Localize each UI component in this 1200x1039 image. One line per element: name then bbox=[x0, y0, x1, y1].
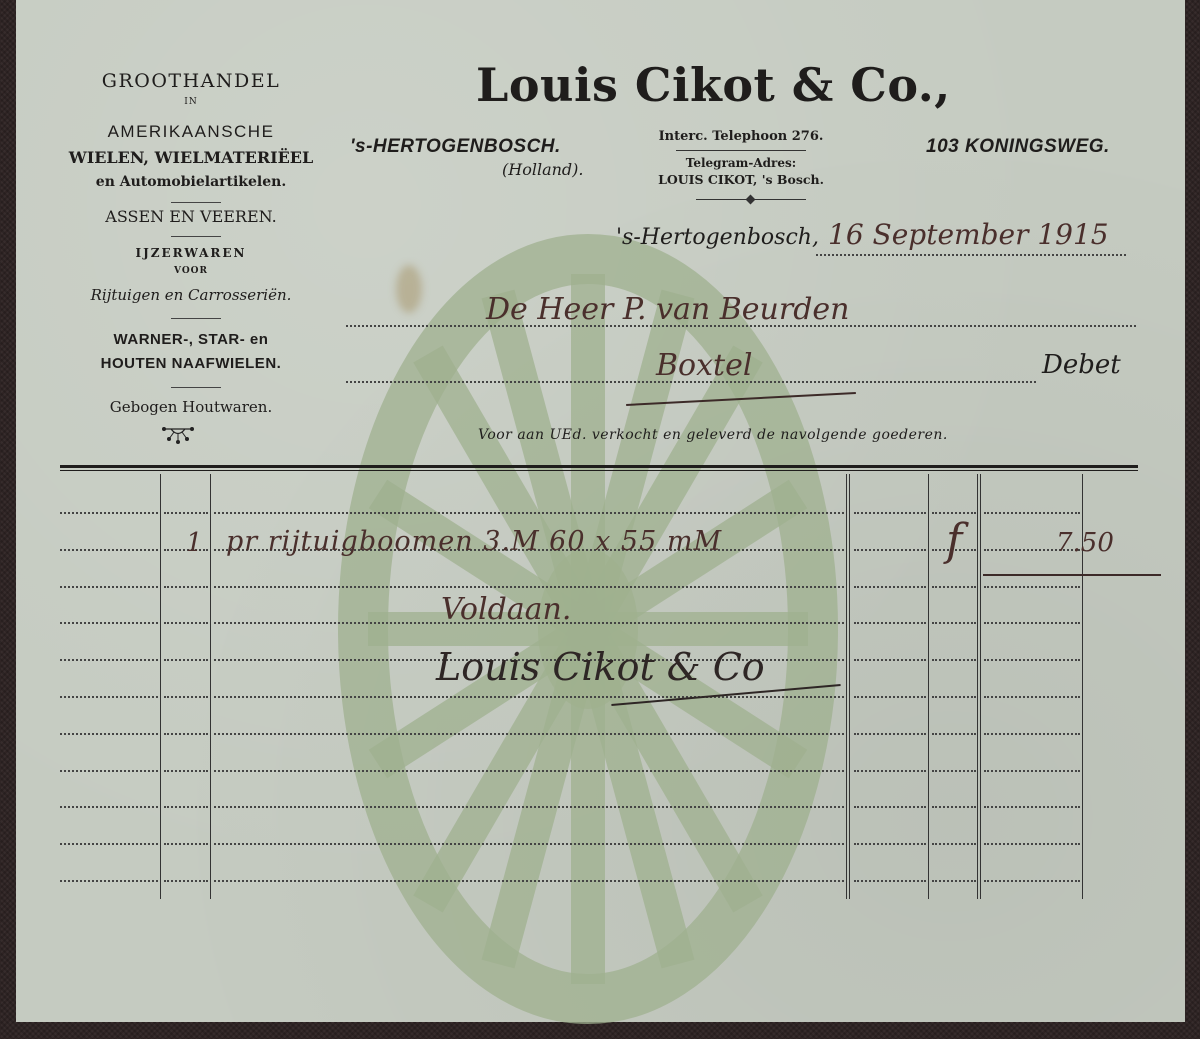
column-line bbox=[980, 474, 981, 899]
row-dotted-line bbox=[60, 586, 158, 588]
column-line bbox=[849, 474, 850, 899]
groothandel-label: GROOTHANDEL bbox=[56, 70, 326, 92]
divider bbox=[171, 236, 221, 237]
row-dotted-line bbox=[214, 733, 844, 735]
telegram-label: Telegram-Adres: bbox=[616, 156, 866, 170]
row-dotted-line bbox=[164, 659, 208, 661]
row-dotted-line bbox=[854, 806, 926, 808]
row-dotted-line bbox=[854, 696, 926, 698]
row-dotted-line bbox=[164, 622, 208, 624]
row-dotted-line bbox=[214, 806, 844, 808]
automobiel-label: en Automobielartikelen. bbox=[56, 174, 326, 190]
row-dotted-line bbox=[164, 733, 208, 735]
row-dotted-line bbox=[854, 622, 926, 624]
signature: Louis Cikot & Co bbox=[436, 645, 765, 689]
assen-label: ASSEN EN VEEREN. bbox=[56, 207, 326, 226]
row-dotted-line bbox=[214, 586, 844, 588]
row-dotted-line bbox=[984, 843, 1080, 845]
column-line bbox=[846, 474, 847, 899]
column-line bbox=[210, 474, 211, 899]
row-dotted-line bbox=[932, 659, 976, 661]
item-qty: 1 bbox=[186, 528, 203, 558]
row-dotted-line bbox=[164, 843, 208, 845]
row-dotted-line bbox=[164, 770, 208, 772]
street-label: 103 KONINGSWEG. bbox=[926, 136, 1110, 158]
ijzerwaren-label: IJZERWAREN bbox=[56, 246, 326, 260]
item-amount: 7.50 bbox=[1056, 528, 1114, 558]
row-dotted-line bbox=[984, 512, 1080, 514]
row-dotted-line bbox=[854, 770, 926, 772]
diamond-ornament-icon bbox=[746, 195, 756, 205]
row-dotted-line bbox=[932, 622, 976, 624]
debet-label: Debet bbox=[1042, 350, 1121, 380]
divider bbox=[171, 202, 221, 203]
wielen-label: WIELEN, WIELMATERIËEL bbox=[56, 148, 326, 167]
row-dotted-line bbox=[214, 843, 844, 845]
row-dotted-line bbox=[854, 512, 926, 514]
row-dotted-line bbox=[854, 659, 926, 661]
place-label: 's-Hertogenbosch, bbox=[616, 225, 819, 250]
in-label: IN bbox=[56, 97, 326, 107]
telegram-address: LOUIS CIKOT, 's Bosch. bbox=[606, 172, 876, 187]
intro-text: Voor aan UEd. verkocht en geleverd de na… bbox=[478, 427, 948, 443]
row-dotted-line bbox=[854, 843, 926, 845]
telephone-label: Interc. Telephoon 276. bbox=[616, 129, 866, 144]
row-dotted-line bbox=[60, 806, 158, 808]
row-dotted-line bbox=[60, 843, 158, 845]
row-dotted-line bbox=[164, 880, 208, 882]
row-dotted-line bbox=[854, 549, 926, 551]
row-dotted-line bbox=[214, 512, 844, 514]
row-dotted-line bbox=[60, 659, 158, 661]
amerikaansche-label: AMERIKAANSCHE bbox=[56, 122, 326, 142]
row-dotted-line bbox=[854, 733, 926, 735]
row-dotted-line bbox=[60, 549, 158, 551]
column-line bbox=[977, 474, 978, 899]
row-dotted-line bbox=[60, 733, 158, 735]
divider bbox=[676, 150, 806, 151]
row-dotted-line bbox=[984, 659, 1080, 661]
row-dotted-line bbox=[60, 622, 158, 624]
voor-label: VOOR bbox=[56, 266, 326, 276]
row-dotted-line bbox=[984, 622, 1080, 624]
row-dotted-line bbox=[214, 880, 844, 882]
row-dotted-line bbox=[214, 696, 844, 698]
row-dotted-line bbox=[984, 733, 1080, 735]
paid-text: Voldaan. bbox=[441, 592, 571, 627]
date-handwritten: 16 September 1915 bbox=[828, 218, 1109, 251]
rijtuigen-label: Rijtuigen en Carrosseriën. bbox=[56, 286, 326, 304]
row-dotted-line bbox=[932, 512, 976, 514]
company-name: Louis Cikot & Co., bbox=[476, 58, 951, 112]
column-line bbox=[160, 474, 161, 899]
row-dotted-line bbox=[60, 512, 158, 514]
invoice-paper: GROOTHANDEL IN AMERIKAANSCHE WIELEN, WIE… bbox=[16, 0, 1185, 1022]
row-dotted-line bbox=[932, 586, 976, 588]
wheel-watermark-icon bbox=[338, 234, 838, 1024]
item-currency: f bbox=[946, 515, 962, 566]
row-dotted-line bbox=[932, 696, 976, 698]
row-dotted-line bbox=[60, 770, 158, 772]
divider bbox=[171, 318, 221, 319]
row-dotted-line bbox=[932, 880, 976, 882]
row-dotted-line bbox=[932, 770, 976, 772]
houtwaren-label: Gebogen Houtwaren. bbox=[56, 398, 326, 416]
row-dotted-line bbox=[60, 696, 158, 698]
row-dotted-line bbox=[984, 770, 1080, 772]
row-dotted-line bbox=[164, 696, 208, 698]
naafwielen-label: HOUTEN NAAFWIELEN. bbox=[56, 355, 326, 372]
table-top-rule-thin bbox=[60, 470, 1138, 471]
table-top-rule bbox=[60, 465, 1138, 468]
item-description: pr rijtuigboomen 3.M 60 x 55 mM bbox=[226, 526, 722, 557]
row-dotted-line bbox=[984, 696, 1080, 698]
row-dotted-line bbox=[854, 880, 926, 882]
country-label: (Holland). bbox=[502, 160, 583, 179]
column-line bbox=[928, 474, 929, 899]
row-dotted-line bbox=[932, 843, 976, 845]
ornament-icon bbox=[160, 426, 196, 446]
row-dotted-line bbox=[60, 880, 158, 882]
row-dotted-line bbox=[214, 770, 844, 772]
row-dotted-line bbox=[984, 806, 1080, 808]
total-underline bbox=[983, 574, 1161, 576]
stain bbox=[396, 265, 422, 313]
date-dotted-line bbox=[816, 254, 1126, 256]
city-label: 's-HERTOGENBOSCH. bbox=[350, 136, 561, 158]
warner-label: WARNER-, STAR- en bbox=[56, 331, 326, 348]
row-dotted-line bbox=[932, 806, 976, 808]
row-dotted-line bbox=[984, 880, 1080, 882]
divider bbox=[171, 387, 221, 388]
row-dotted-line bbox=[164, 586, 208, 588]
recipient-name: De Heer P. van Beurden bbox=[486, 292, 850, 327]
row-dotted-line bbox=[984, 586, 1080, 588]
row-dotted-line bbox=[164, 512, 208, 514]
row-dotted-line bbox=[932, 733, 976, 735]
row-dotted-line bbox=[164, 806, 208, 808]
recipient-city: Boxtel bbox=[656, 348, 752, 383]
row-dotted-line bbox=[854, 586, 926, 588]
